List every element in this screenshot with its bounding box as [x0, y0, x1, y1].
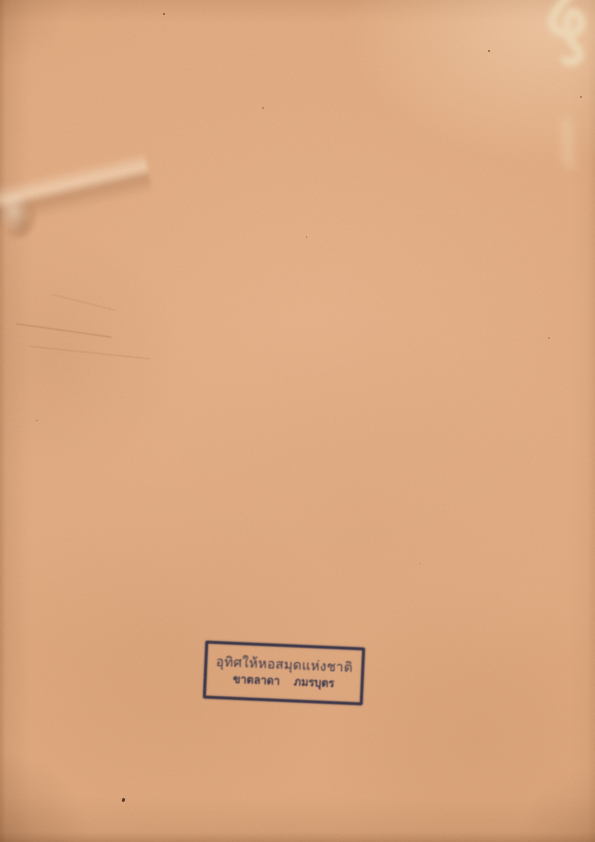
paper-speck [548, 337, 550, 339]
paper-grain-texture [0, 0, 595, 842]
paper-speck [306, 236, 307, 238]
stamp-donor-name-word2: ภมรบุตร [294, 676, 335, 690]
paper-crease [0, 129, 157, 247]
paper-scratch [53, 294, 115, 310]
paper-speck [488, 50, 490, 52]
paper-scratch [16, 323, 111, 337]
stamp-donor-name: ขาตลาดา ภมรบุตร [233, 674, 335, 691]
paper-dent [0, 194, 36, 238]
stamp-donor-name-word1: ขาตลาดา [233, 674, 281, 688]
paper-speck [163, 13, 165, 15]
paper-stain [518, 0, 595, 172]
scanned-book-cover-page: อุทิศให้หอสมุดแห่งชาติ ขาตลาดา ภมรบุตร [0, 0, 595, 842]
library-dedication-stamp: อุทิศให้หอสมุดแห่งชาติ ขาตลาดา ภมรบุตร [203, 641, 365, 706]
paper-speck [262, 107, 264, 109]
paper-speck [580, 96, 582, 98]
paper-speck [420, 563, 421, 564]
paper-scratch [28, 346, 149, 360]
paper-speck [36, 420, 38, 421]
paper-speck [121, 798, 125, 803]
paper-fiber-texture [0, 0, 595, 842]
